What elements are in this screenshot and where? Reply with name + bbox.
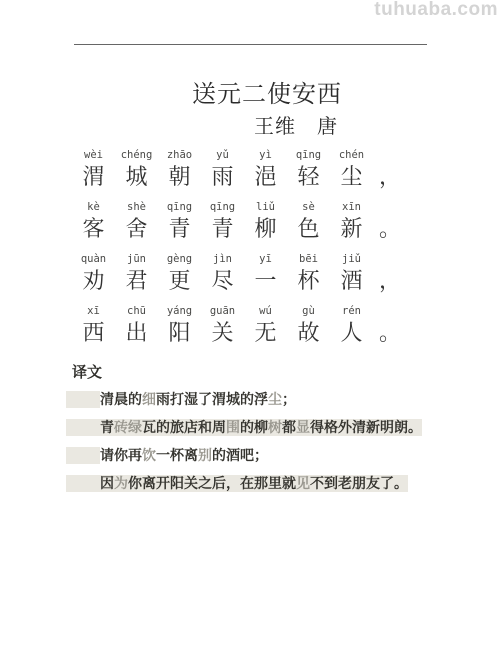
poem: wèi渭chéng城zhāo朝yǔ雨yì浥qīng轻chén尘，kè客shè舍q… bbox=[72, 147, 416, 355]
highlight-indent-block bbox=[66, 419, 100, 436]
translation-text: 因为你离开阳关之后，在那里就见不到老朋友了。 bbox=[100, 475, 408, 492]
translation-lines: 清晨的细雨打湿了渭城的浮尘；青砖绿瓦的旅店和周围的柳树都显得格外清新明朗。请你再… bbox=[66, 391, 456, 503]
linked-char: 见 bbox=[296, 475, 310, 491]
punctuation-char: ， bbox=[373, 163, 416, 193]
poem-line: quàn劝jūn君gèng更jìn尽yī一bēi杯jiǔ酒， bbox=[72, 251, 416, 297]
pinyin-syllable: gù bbox=[287, 303, 330, 319]
text-segment: 得格外清新明朗。 bbox=[310, 419, 422, 435]
poem-char-cell: qīng青 bbox=[158, 199, 201, 245]
poem-char: 关 bbox=[201, 319, 244, 349]
linked-char: 细 bbox=[142, 391, 156, 407]
pinyin-syllable: wèi bbox=[72, 147, 115, 163]
poem-char: 朝 bbox=[158, 163, 201, 193]
poem-char-cell: chén尘 bbox=[330, 147, 373, 193]
poem-char-cell: yáng阳 bbox=[158, 303, 201, 349]
poem-char: 雨 bbox=[201, 163, 244, 193]
translation-text: 青砖绿瓦的旅店和周围的柳树都显得格外清新明朗。 bbox=[100, 419, 422, 436]
poem-char-cell: chéng城 bbox=[115, 147, 158, 193]
poem-char-cell: bēi杯 bbox=[287, 251, 330, 297]
pinyin-syllable: xī bbox=[72, 303, 115, 319]
pinyin-syllable: quàn bbox=[72, 251, 115, 267]
pinyin-syllable: chū bbox=[115, 303, 158, 319]
pinyin-syllable: liǔ bbox=[244, 199, 287, 215]
pinyin-syllable: yī bbox=[244, 251, 287, 267]
punctuation-char: 。 bbox=[373, 215, 416, 245]
translation-text: 请你再饮一杯离别的酒吧； bbox=[100, 447, 268, 464]
poem-char: 杯 bbox=[287, 267, 330, 297]
pinyin-syllable: sè bbox=[287, 199, 330, 215]
poem-char-cell: yǔ雨 bbox=[201, 147, 244, 193]
poem-char-cell: qīng轻 bbox=[287, 147, 330, 193]
poem-char: 一 bbox=[244, 267, 287, 297]
poem-title: 送元二使安西 bbox=[17, 80, 500, 108]
pinyin-syllable: qīng bbox=[158, 199, 201, 215]
poem-line: wèi渭chéng城zhāo朝yǔ雨yì浥qīng轻chén尘， bbox=[72, 147, 416, 193]
poem-char-cell: gù故 bbox=[287, 303, 330, 349]
poem-char-cell: jiǔ酒 bbox=[330, 251, 373, 297]
poem-char: 君 bbox=[115, 267, 158, 297]
punctuation-char: 。 bbox=[373, 319, 416, 349]
poem-punct-cell: ， bbox=[373, 251, 416, 297]
text-segment: 因 bbox=[100, 475, 114, 491]
poem-char: 城 bbox=[115, 163, 158, 193]
poem-char-cell: kè客 bbox=[72, 199, 115, 245]
text-segment: 都 bbox=[282, 419, 296, 435]
translation-line: 请你再饮一杯离别的酒吧； bbox=[66, 447, 456, 464]
pinyin-syllable: chén bbox=[330, 147, 373, 163]
poem-char: 色 bbox=[287, 215, 330, 245]
translation-heading: 译文 bbox=[72, 361, 102, 382]
poem-char-cell: qīng青 bbox=[201, 199, 244, 245]
poem-char: 西 bbox=[72, 319, 115, 349]
divider-line bbox=[74, 44, 427, 45]
text-segment: ； bbox=[282, 391, 296, 407]
pinyin-syllable: xīn bbox=[330, 199, 373, 215]
poem-char: 故 bbox=[287, 319, 330, 349]
text-segment: 的酒吧； bbox=[212, 447, 268, 463]
translation-line: 因为你离开阳关之后，在那里就见不到老朋友了。 bbox=[66, 475, 456, 492]
linked-char: 为 bbox=[114, 475, 128, 491]
pinyin-syllable: gèng bbox=[158, 251, 201, 267]
poem-punct-cell: 。 bbox=[373, 303, 416, 349]
text-segment: 不到老朋友了。 bbox=[310, 475, 408, 491]
poem-char: 青 bbox=[201, 215, 244, 245]
poem-char-cell: guān关 bbox=[201, 303, 244, 349]
pinyin-syllable: yì bbox=[244, 147, 287, 163]
poem-char: 尘 bbox=[330, 163, 373, 193]
text-segment: 雨打湿了渭城的浮 bbox=[156, 391, 268, 407]
poem-punct-cell: 。 bbox=[373, 199, 416, 245]
poem-author: 王维 唐 bbox=[46, 114, 500, 138]
linked-char: 砖 bbox=[114, 419, 128, 435]
poem-char-cell: jūn君 bbox=[115, 251, 158, 297]
poem-char: 阳 bbox=[158, 319, 201, 349]
poem-char-cell: chū出 bbox=[115, 303, 158, 349]
poem-char: 劝 bbox=[72, 267, 115, 297]
text-segment: 你离开阳关之后，在那里就 bbox=[128, 475, 296, 491]
pinyin-syllable: jìn bbox=[201, 251, 244, 267]
poem-char: 轻 bbox=[287, 163, 330, 193]
pinyin-syllable bbox=[373, 147, 416, 163]
poem-char: 尽 bbox=[201, 267, 244, 297]
poem-char: 无 bbox=[244, 319, 287, 349]
poem-char: 出 bbox=[115, 319, 158, 349]
poem-line: xī西chū出yáng阳guān关wú无gù故rén人。 bbox=[72, 303, 416, 349]
pinyin-syllable: yáng bbox=[158, 303, 201, 319]
poem-char-cell: shè舍 bbox=[115, 199, 158, 245]
poem-char: 人 bbox=[330, 319, 373, 349]
text-segment: 的柳 bbox=[240, 419, 268, 435]
poem-char: 青 bbox=[158, 215, 201, 245]
poem-char-cell: wú无 bbox=[244, 303, 287, 349]
pinyin-syllable: shè bbox=[115, 199, 158, 215]
poem-char-cell: wèi渭 bbox=[72, 147, 115, 193]
highlight-indent-block bbox=[66, 391, 100, 408]
text-segment: 瓦的旅店和周 bbox=[142, 419, 226, 435]
linked-char: 尘 bbox=[268, 391, 282, 407]
pinyin-syllable: bēi bbox=[287, 251, 330, 267]
linked-char: 别 bbox=[198, 447, 212, 463]
pinyin-syllable: wú bbox=[244, 303, 287, 319]
linked-char: 树 bbox=[268, 419, 282, 435]
pinyin-syllable: yǔ bbox=[201, 147, 244, 163]
pinyin-syllable: jūn bbox=[115, 251, 158, 267]
poem-char-cell: xī西 bbox=[72, 303, 115, 349]
text-segment: 清晨的 bbox=[100, 391, 142, 407]
poem-char-cell: jìn尽 bbox=[201, 251, 244, 297]
poem-char-cell: rén人 bbox=[330, 303, 373, 349]
pinyin-syllable bbox=[373, 303, 416, 319]
poem-char-cell: liǔ柳 bbox=[244, 199, 287, 245]
pinyin-syllable: kè bbox=[72, 199, 115, 215]
pinyin-syllable: chéng bbox=[115, 147, 158, 163]
pinyin-syllable bbox=[373, 251, 416, 267]
pinyin-syllable bbox=[373, 199, 416, 215]
poem-char: 浥 bbox=[244, 163, 287, 193]
poem-char-cell: gèng更 bbox=[158, 251, 201, 297]
punctuation-char: ， bbox=[373, 267, 416, 297]
poem-char-cell: yī一 bbox=[244, 251, 287, 297]
text-segment: 请你再 bbox=[100, 447, 142, 463]
highlight-indent-block bbox=[66, 447, 100, 464]
poem-char: 客 bbox=[72, 215, 115, 245]
pinyin-syllable: qīng bbox=[201, 199, 244, 215]
watermark-logo: tuhuaba.com bbox=[374, 0, 498, 21]
highlight-indent-block bbox=[66, 475, 100, 492]
poem-char: 新 bbox=[330, 215, 373, 245]
poem-char: 舍 bbox=[115, 215, 158, 245]
translation-text: 清晨的细雨打湿了渭城的浮尘； bbox=[100, 391, 296, 408]
poem-char-cell: xīn新 bbox=[330, 199, 373, 245]
poem-char-cell: zhāo朝 bbox=[158, 147, 201, 193]
poem-char-cell: yì浥 bbox=[244, 147, 287, 193]
linked-char: 饮 bbox=[142, 447, 156, 463]
translation-line: 青砖绿瓦的旅店和周围的柳树都显得格外清新明朗。 bbox=[66, 419, 456, 436]
poem-char-cell: quàn劝 bbox=[72, 251, 115, 297]
poem-line: kè客shè舍qīng青qīng青liǔ柳sè色xīn新。 bbox=[72, 199, 416, 245]
pinyin-syllable: zhāo bbox=[158, 147, 201, 163]
poem-char: 更 bbox=[158, 267, 201, 297]
poem-char: 柳 bbox=[244, 215, 287, 245]
pinyin-syllable: rén bbox=[330, 303, 373, 319]
pinyin-syllable: qīng bbox=[287, 147, 330, 163]
linked-char: 绿 bbox=[128, 419, 142, 435]
translation-line: 清晨的细雨打湿了渭城的浮尘； bbox=[66, 391, 456, 408]
text-segment: 青 bbox=[100, 419, 114, 435]
page: tuhuaba.com 送元二使安西 王维 唐 wèi渭chéng城zhāo朝y… bbox=[0, 0, 500, 647]
text-segment: 一杯离 bbox=[156, 447, 198, 463]
poem-punct-cell: ， bbox=[373, 147, 416, 193]
linked-char: 显 bbox=[296, 419, 310, 435]
poem-char-cell: sè色 bbox=[287, 199, 330, 245]
pinyin-syllable: guān bbox=[201, 303, 244, 319]
poem-char: 渭 bbox=[72, 163, 115, 193]
pinyin-syllable: jiǔ bbox=[330, 251, 373, 267]
poem-char: 酒 bbox=[330, 267, 373, 297]
linked-char: 围 bbox=[226, 419, 240, 435]
